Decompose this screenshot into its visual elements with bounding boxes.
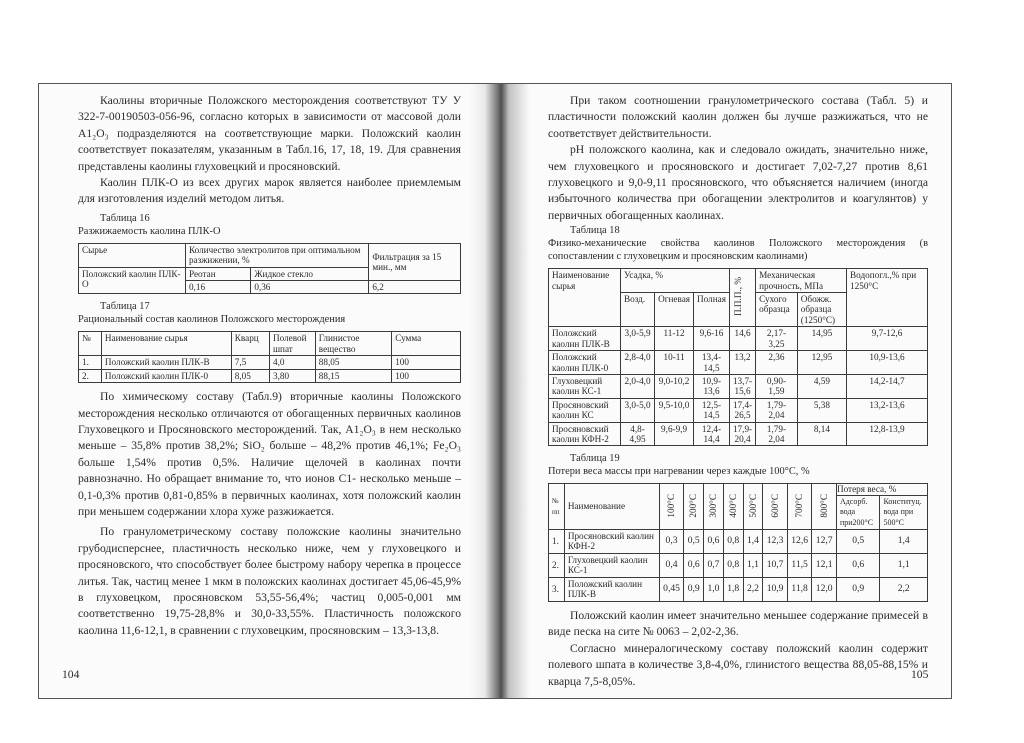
temperature-label: 800°C xyxy=(819,494,829,518)
table-cell: 13,2-13,6 xyxy=(847,398,928,422)
table-cell: 14,2-14,7 xyxy=(847,374,928,398)
table-cell: 1,4 xyxy=(743,529,763,553)
table-header: 300°C xyxy=(704,484,724,530)
table-caption: Таблица 17 xyxy=(100,300,461,313)
table-header: № пп xyxy=(549,484,565,530)
paragraph: По гранулометрическому составу положские… xyxy=(78,524,461,639)
table-cell: 0,3 xyxy=(659,529,684,553)
table-cell: 10,9-13,6 xyxy=(847,351,928,375)
table-cell: 88,15 xyxy=(315,369,391,382)
table-cell: 1,79-2,04 xyxy=(756,398,798,422)
table-caption: Таблица 18 xyxy=(570,224,928,237)
table-header: Глинистое вещество xyxy=(315,332,391,356)
table-cell: 88,05 xyxy=(315,356,391,369)
table-cell: 1. xyxy=(79,356,102,369)
paragraph: Каолин ПЛК-О из всех других марок являет… xyxy=(78,175,461,208)
table-cell: 12,7 xyxy=(812,529,837,553)
table-header: Сухого образца xyxy=(756,293,798,327)
table-cell: 0,5 xyxy=(836,529,880,553)
table-cell: 3. xyxy=(549,577,565,601)
table-cell: 12,95 xyxy=(797,351,846,375)
table-cell: 2,8-4,0 xyxy=(621,351,655,375)
table-cell: 100 xyxy=(392,369,461,382)
table-title: Потери веса массы при нагревании через к… xyxy=(548,465,928,478)
table-16: Сырье Количество электролитов при оптима… xyxy=(78,243,461,295)
table-cell: 13,2 xyxy=(729,351,755,375)
table-cell: 0,36 xyxy=(251,281,369,294)
paragraph: pH положского каолина, как и следовало о… xyxy=(548,142,928,224)
table-cell: 4,8-4,95 xyxy=(621,422,655,446)
temperature-label: 600°C xyxy=(770,494,780,518)
table-cell: 9,5-10,0 xyxy=(655,398,694,422)
table-cell: Положский каолин ПЛК-В xyxy=(549,327,621,351)
table-cell: 12,4-14,4 xyxy=(694,422,730,446)
table-cell: Просяновский каолин КФН-2 xyxy=(549,422,621,446)
table-cell: 2,36 xyxy=(756,351,798,375)
table-cell: 12,1 xyxy=(812,553,837,577)
table-cell: 17,9-20,4 xyxy=(729,422,755,446)
table-cell: 3,80 xyxy=(269,369,315,382)
table-header: № xyxy=(79,332,102,356)
table-header: Сумма xyxy=(392,332,461,356)
paragraph: При таком соотношении гранулометрическог… xyxy=(548,93,928,142)
table-header: Механическая прочность, МПа xyxy=(756,269,847,293)
table-header: Наименование сырья xyxy=(549,269,621,327)
table-header: Усадка, % xyxy=(621,269,730,293)
table-cell: 12,6 xyxy=(787,529,812,553)
table-cell: Положский каолин ПЛК-О xyxy=(79,267,186,294)
table-cell: 0,6 xyxy=(684,553,704,577)
table-header: 200°C xyxy=(684,484,704,530)
table-cell: 0,90-1,59 xyxy=(756,374,798,398)
table-cell: 100 xyxy=(392,356,461,369)
table-caption: Таблица 16 xyxy=(100,212,461,225)
table-row: 3.Положский каолин ПЛК-В0,450,91,01,82,2… xyxy=(549,577,928,601)
table-cell: 3,0-5,9 xyxy=(621,327,655,351)
left-page: Каолины вторичные Положского месторожден… xyxy=(78,93,461,639)
table-cell: 10,9-13,6 xyxy=(694,374,730,398)
page-number: 104 xyxy=(62,668,79,681)
table-cell: 2. xyxy=(549,553,565,577)
table-cell: 8,14 xyxy=(797,422,846,446)
table-cell: 13,7-15,6 xyxy=(729,374,755,398)
table-cell: 12,5-14,5 xyxy=(694,398,730,422)
paragraph: Согласно минералогическому составу полож… xyxy=(548,641,928,690)
table-row: Глуховецкий каолин КС-12,0-4,09,0-10,210… xyxy=(549,374,928,398)
table-cell: 1,1 xyxy=(880,553,928,577)
table-cell: Глуховецкий каолин КС-1 xyxy=(564,553,659,577)
table-cell: Просяновский каолин КФН-2 xyxy=(564,529,659,553)
paragraph: Положский каолин имеет значительно меньш… xyxy=(548,608,928,641)
table-cell: Положский каолин ПЛК-В xyxy=(101,356,231,369)
table-cell: 0,6 xyxy=(836,553,880,577)
table-cell: 11-12 xyxy=(655,327,694,351)
table-cell: 1. xyxy=(549,529,565,553)
table-header: 700°C xyxy=(787,484,812,530)
table-cell: 3,0-5,0 xyxy=(621,398,655,422)
temperature-label: 200°C xyxy=(688,494,698,518)
table-header: 800°C xyxy=(812,484,837,530)
table-17: № Наименование сырья Кварц Полевой шпат … xyxy=(78,331,461,383)
table-header: Полная xyxy=(694,293,730,327)
temperature-label: 100°C xyxy=(666,494,676,518)
table-cell: 2. xyxy=(79,369,102,382)
table-cell: Положский каолин ПЛК-0 xyxy=(549,351,621,375)
table-cell: 6,2 xyxy=(369,281,461,294)
table-cell: 12,0 xyxy=(812,577,837,601)
table-cell: 2,2 xyxy=(880,577,928,601)
table-cell: 10-11 xyxy=(655,351,694,375)
table-cell: 2,2 xyxy=(743,577,763,601)
table-row: 1.Положский каолин ПЛК-В7,54,088,05100 xyxy=(79,356,461,369)
table-cell: 0,5 xyxy=(684,529,704,553)
table-header: 600°C xyxy=(763,484,788,530)
temperature-label: 400°C xyxy=(728,494,738,518)
table-cell: 1,79-2,04 xyxy=(756,422,798,446)
table-header: Количество электролитов при оптимальном … xyxy=(185,243,368,267)
table-cell: 13,4-14,5 xyxy=(694,351,730,375)
table-cell: 0,7 xyxy=(704,553,724,577)
table-18: Наименование сырья Усадка, % П.П.П., % М… xyxy=(548,268,928,446)
table-cell: Просяновский каолин КС xyxy=(549,398,621,422)
table-cell: 11,8 xyxy=(787,577,812,601)
table-cell: 5,38 xyxy=(797,398,846,422)
temperature-label: 700°C xyxy=(794,494,804,518)
table-cell: Положский каолин ПЛК-0 xyxy=(101,369,231,382)
temperature-label: 300°C xyxy=(708,494,718,518)
table-19: № пп Наименование 100°C200°C300°C400°C50… xyxy=(548,483,928,602)
table-header: Кварц xyxy=(231,332,269,356)
table-header: Сырье xyxy=(79,243,186,267)
table-cell: 0,4 xyxy=(659,553,684,577)
table-header: П.П.П., % xyxy=(729,269,755,327)
table-header: Наименование сырья xyxy=(101,332,231,356)
temperature-label: 500°C xyxy=(748,494,758,518)
table-cell: 0,45 xyxy=(659,577,684,601)
table-header: 400°C xyxy=(723,484,743,530)
table-cell: 8,05 xyxy=(231,369,269,382)
table-cell: 0,8 xyxy=(723,529,743,553)
table-cell: 14,6 xyxy=(729,327,755,351)
table-caption: Таблица 19 xyxy=(570,452,928,465)
table-cell: 0,6 xyxy=(704,529,724,553)
table-cell: 1,1 xyxy=(743,553,763,577)
table-cell: 1,8 xyxy=(723,577,743,601)
table-cell: 0,16 xyxy=(185,281,250,294)
table-cell: 4,59 xyxy=(797,374,846,398)
table-cell: 12,8-13,9 xyxy=(847,422,928,446)
table-cell: 0,9 xyxy=(684,577,704,601)
ppp-label: П.П.П., % xyxy=(733,277,743,316)
table-header: Водопогл.,% при 1250°C xyxy=(847,269,928,327)
table-row: 2.Глуховецкий каолин КС-10,40,60,70,81,1… xyxy=(549,553,928,577)
table-header: Конституц. вода при 500°C xyxy=(880,495,928,529)
table-header: Возд. xyxy=(621,293,655,327)
table-header: 500°C xyxy=(743,484,763,530)
table-header: Адсорб. вода при200°C xyxy=(836,495,880,529)
table-cell: 2,17-3,25 xyxy=(756,327,798,351)
table-row: 1.Просяновский каолин КФН-20,30,50,60,81… xyxy=(549,529,928,553)
table-cell: Положский каолин ПЛК-В xyxy=(564,577,659,601)
table-row: Просяновский каолин КС3,0-5,09,5-10,012,… xyxy=(549,398,928,422)
table-cell: 10,7 xyxy=(763,553,788,577)
table-header: Полевой шпат xyxy=(269,332,315,356)
page-number: 105 xyxy=(911,668,928,681)
table-row: Положский каолин ПЛК-В3,0-5,911-129,6-16… xyxy=(549,327,928,351)
paragraph: По химическому составу (Табл.9) вторичны… xyxy=(78,389,461,520)
table-header: Наименование xyxy=(564,484,659,530)
table-cell: 1,4 xyxy=(880,529,928,553)
table-cell: Глуховецкий каолин КС-1 xyxy=(549,374,621,398)
table-cell: 14,95 xyxy=(797,327,846,351)
table-row: 2.Положский каолин ПЛК-08,053,8088,15100 xyxy=(79,369,461,382)
table-row: Просяновский каолин КФН-24,8-4,959,6-9,9… xyxy=(549,422,928,446)
table-header: Жидкое стекло xyxy=(251,267,369,280)
table-header: Обожж. образца (1250°C) xyxy=(797,293,846,327)
table-header: Фильтрация за 15 мин., мм xyxy=(369,243,461,280)
table-cell: 2,0-4,0 xyxy=(621,374,655,398)
table-cell: 4,0 xyxy=(269,356,315,369)
table-cell: 0,8 xyxy=(723,553,743,577)
table-header: Реотан xyxy=(185,267,250,280)
book-gutter xyxy=(470,84,530,698)
table-cell: 9,6-9,9 xyxy=(655,422,694,446)
right-page: При таком соотношении гранулометрическог… xyxy=(548,93,928,690)
table-title: Физико-механические свойства каолинов По… xyxy=(548,237,928,263)
table-cell: 7,5 xyxy=(231,356,269,369)
paragraph: Каолины вторичные Положского месторожден… xyxy=(78,93,461,175)
table-cell: 1,0 xyxy=(704,577,724,601)
table-row: Положский каолин ПЛК-02,8-4,010-1113,4-1… xyxy=(549,351,928,375)
table-cell: 10,9 xyxy=(763,577,788,601)
table-cell: 12,3 xyxy=(763,529,788,553)
table-header: Огневая xyxy=(655,293,694,327)
table-header: 100°C xyxy=(659,484,684,530)
table-cell: 9,6-16 xyxy=(694,327,730,351)
table-cell: 11,5 xyxy=(787,553,812,577)
table-header: Потеря веса, % xyxy=(836,484,927,495)
table-cell: 9,0-10,2 xyxy=(655,374,694,398)
table-title: Разжижаемость каолина ПЛК-О xyxy=(78,225,461,238)
table-cell: 17,4-26,5 xyxy=(729,398,755,422)
table-cell: 0,9 xyxy=(836,577,880,601)
table-title: Рациональный состав каолинов Положского … xyxy=(78,313,461,326)
table-cell: 9,7-12,6 xyxy=(847,327,928,351)
